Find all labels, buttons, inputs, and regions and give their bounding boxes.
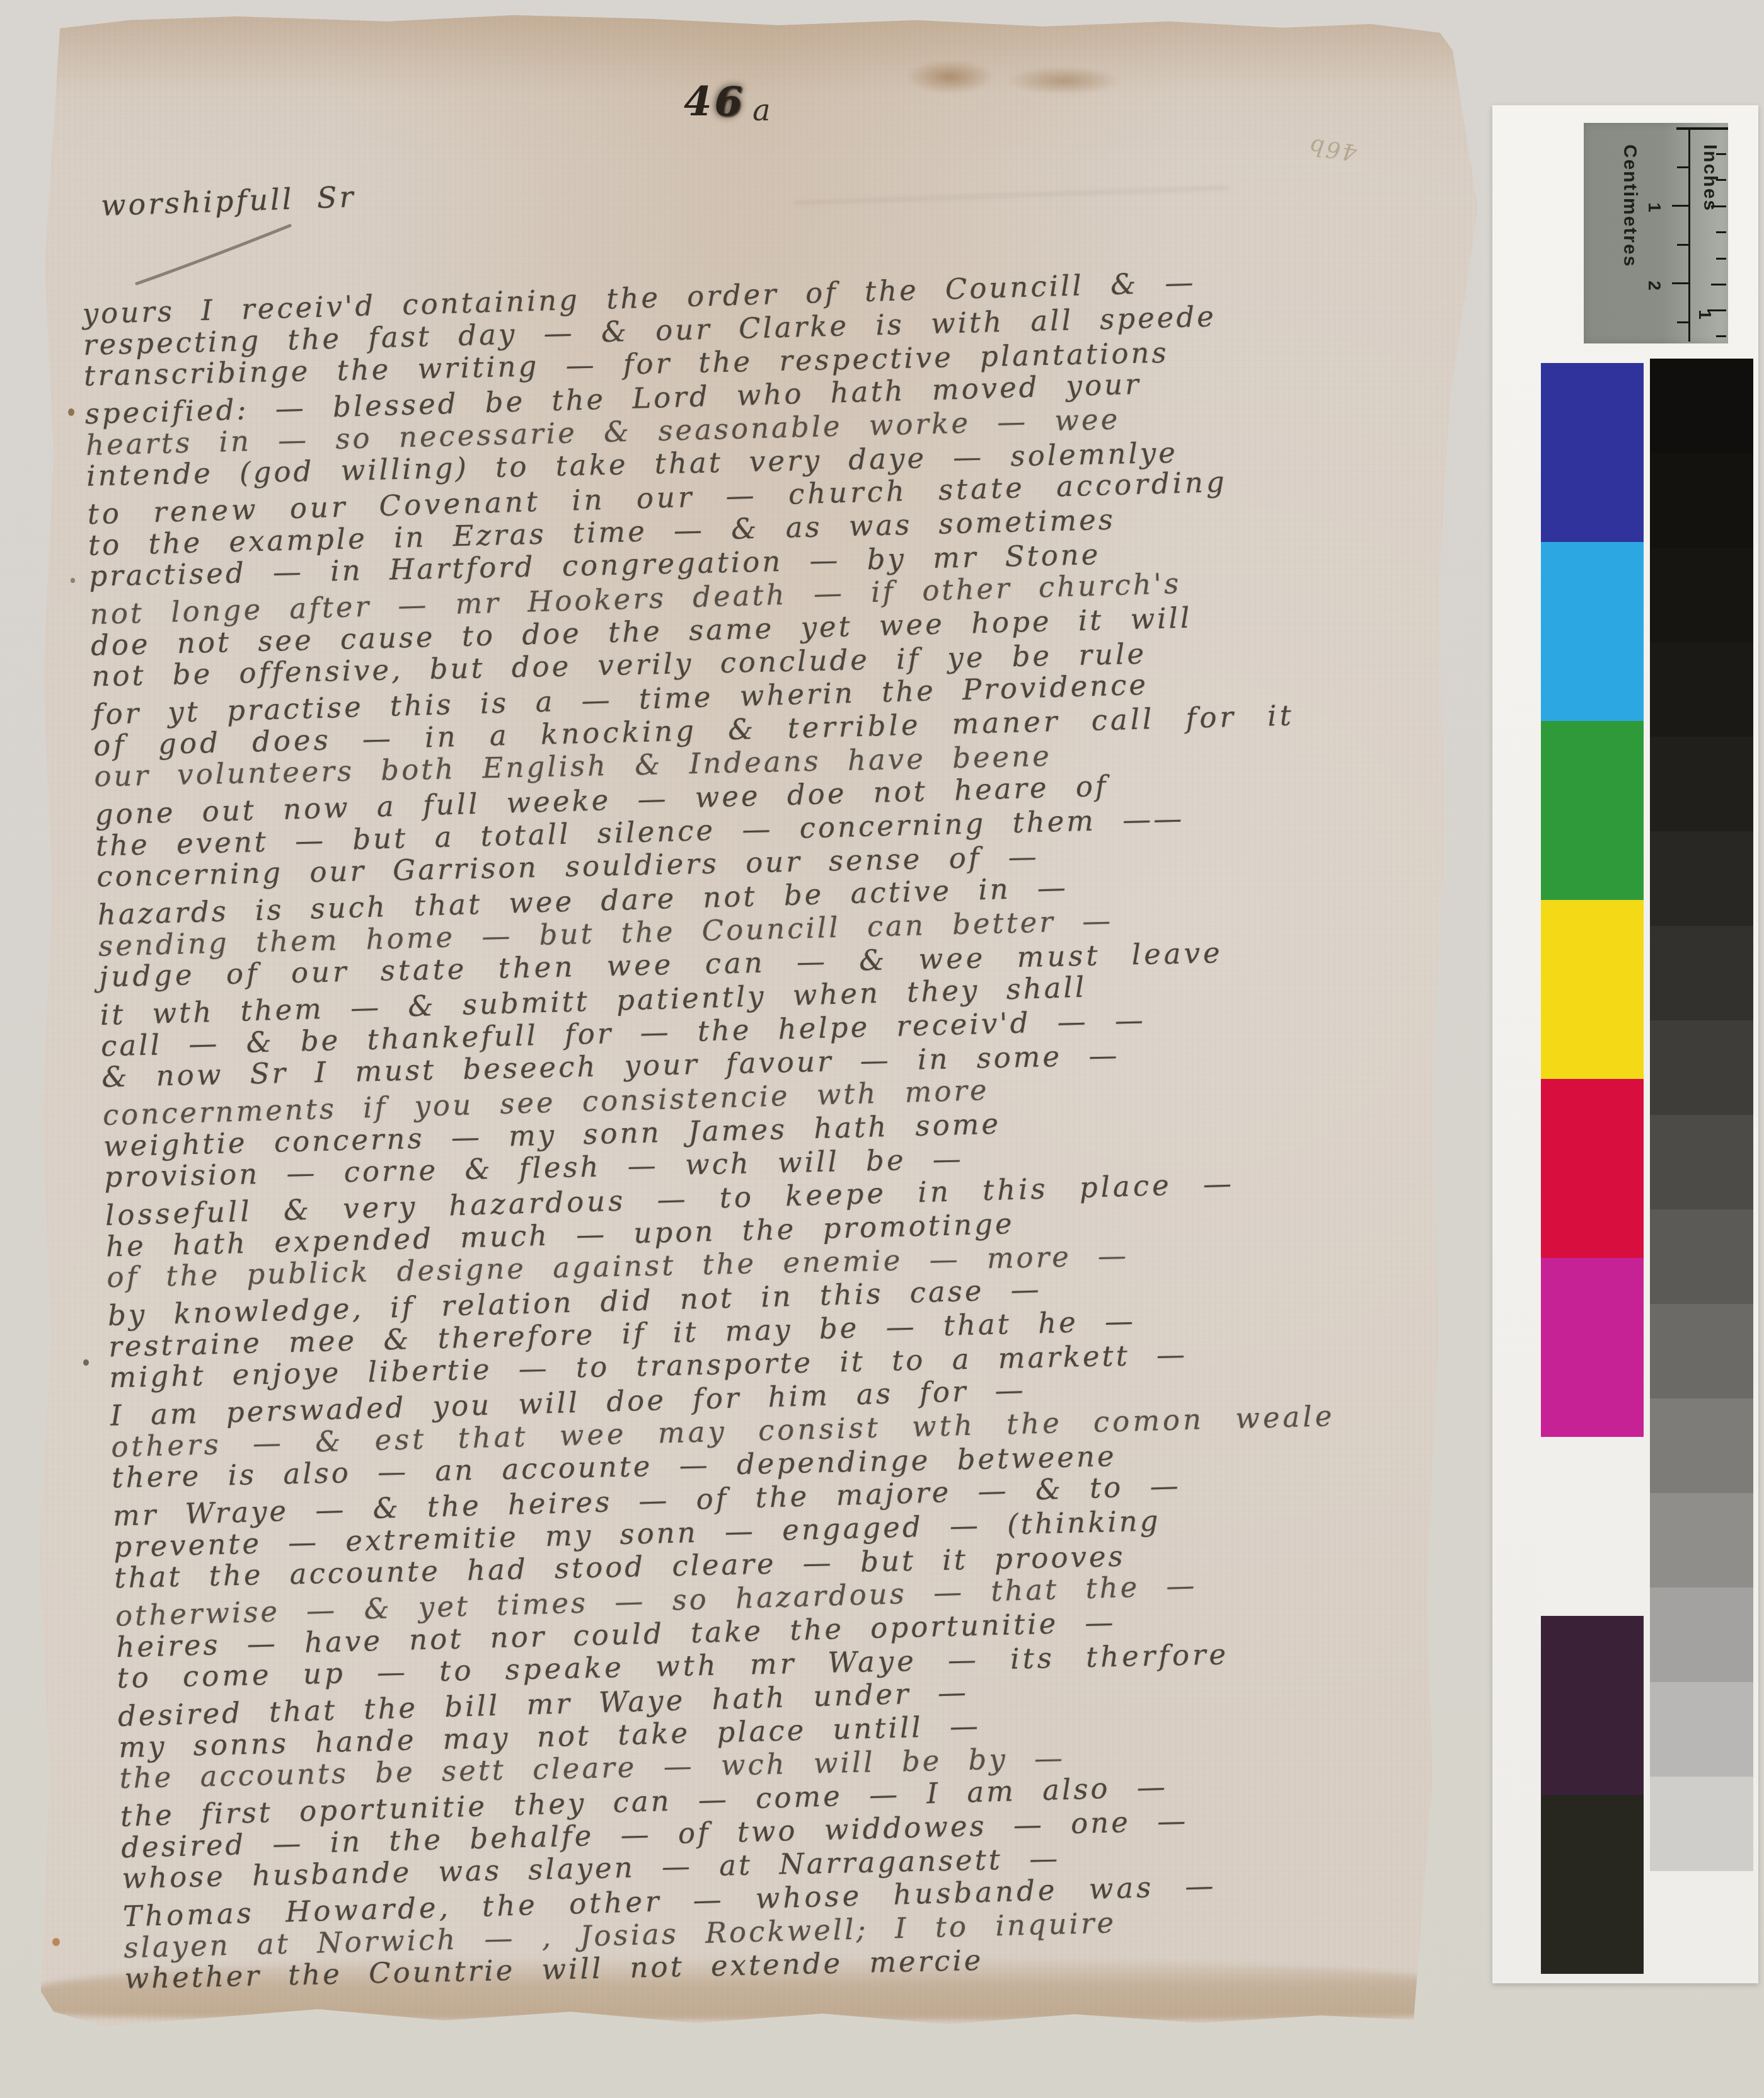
grayscale-step: [1650, 1020, 1753, 1115]
grayscale-step: [1650, 926, 1753, 1020]
cm-tick: [1677, 166, 1688, 168]
grayscale-step: [1650, 1115, 1753, 1209]
color-patch-cyan: [1541, 542, 1644, 721]
inch-tick: [1716, 153, 1726, 155]
color-patch-magenta: [1541, 1258, 1644, 1437]
inch-tick: [1711, 205, 1726, 207]
inch-tick: [1716, 335, 1726, 337]
ruler-label-centimetres: Centimetres: [1619, 144, 1640, 267]
grayscale-column: [1650, 359, 1753, 1871]
grayscale-step: [1650, 453, 1753, 548]
cm-scale-line: [1688, 127, 1690, 342]
color-patch-yellow: [1541, 900, 1644, 1079]
color-calibration-card: Inches Centimetres 1 2 1: [1492, 105, 1758, 1983]
grayscale-step: [1650, 1304, 1753, 1398]
ruler-chip: Inches Centimetres 1 2 1: [1584, 123, 1728, 343]
cm-tick: [1672, 282, 1688, 284]
page-number: 46a: [684, 78, 773, 125]
color-patch-white: [1541, 1437, 1644, 1616]
inch-tick: [1716, 258, 1726, 260]
cm-tick: [1677, 244, 1688, 246]
inch-tick: [1716, 179, 1726, 181]
grayscale-step: [1650, 1398, 1753, 1493]
grayscale-step: [1650, 1682, 1753, 1777]
inch-tick: [1711, 284, 1726, 285]
color-patch-green: [1541, 721, 1644, 900]
ghost-page-mark: 46b: [1306, 133, 1359, 165]
scanned-document-page: { "manuscript": { "page_number": "4", "p…: [0, 0, 1764, 2098]
manuscript-body: yours I receiv'd containing the order of…: [82, 260, 1478, 1998]
grayscale-step: [1650, 1209, 1753, 1304]
color-patch-column: [1541, 363, 1644, 1974]
ruler-zero-line: [1676, 127, 1728, 130]
foxing-dot: [52, 1938, 60, 1946]
manuscript-paper: 46a 46b worshipfull Sr yours I receiv'd …: [35, 13, 1478, 2039]
color-patch-red: [1541, 1079, 1644, 1258]
salutation: worshipfull Sr: [100, 180, 356, 222]
cm-number-2: 2: [1644, 280, 1664, 291]
page-number-smudged-digit: 6: [715, 78, 746, 125]
color-patch-black: [1541, 1795, 1644, 1974]
grayscale-step: [1650, 1777, 1753, 1871]
color-patch-dark-blue: [1541, 363, 1644, 542]
grayscale-step: [1650, 1493, 1753, 1588]
cm-number-1: 1: [1644, 202, 1664, 212]
inch-tick: [1716, 231, 1726, 233]
grayscale-step: [1650, 1588, 1753, 1682]
page-background: 46a 46b worshipfull Sr yours I receiv'd …: [0, 0, 1764, 2098]
paper-stain-blob: [908, 61, 993, 93]
salutation-flourish: [129, 221, 299, 293]
page-number-first-digit: 4: [684, 78, 715, 125]
foxing-dot: [83, 1359, 89, 1366]
page-number-suffix: a: [752, 93, 773, 128]
paper-stain-blob: [1008, 67, 1119, 95]
grayscale-step: [1650, 548, 1753, 642]
inch-tick: [1707, 309, 1726, 311]
grayscale-step: [1650, 642, 1753, 737]
foxing-dot: [71, 578, 75, 583]
color-patch-purple: [1541, 1616, 1644, 1795]
foxing-dot: [68, 408, 74, 416]
ink-showthrough-scribble: [794, 187, 1230, 219]
cm-tick: [1672, 205, 1688, 207]
cm-tick: [1677, 321, 1688, 323]
grayscale-step: [1650, 359, 1753, 453]
grayscale-step: [1650, 831, 1753, 926]
grayscale-step: [1650, 737, 1753, 831]
